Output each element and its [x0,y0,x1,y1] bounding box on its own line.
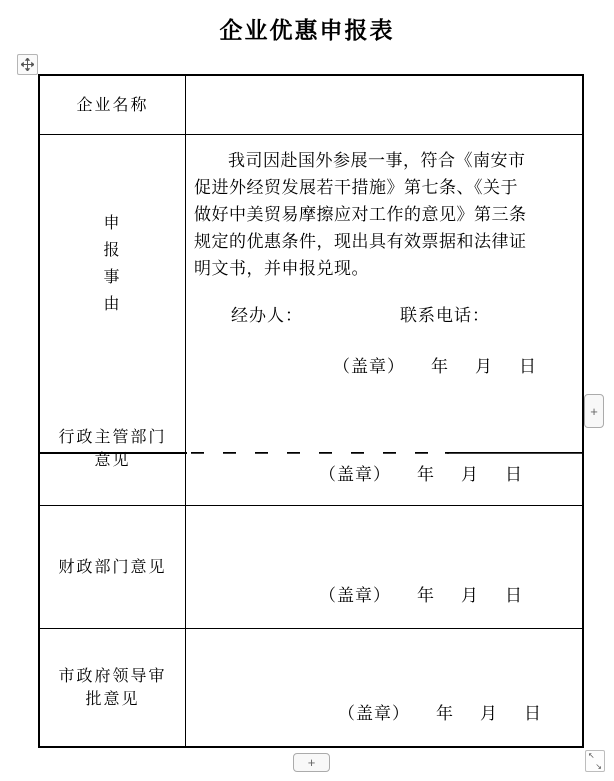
label-char: 报 [103,237,121,264]
paragraph-line: 明文书，并申报兑现。 [194,255,576,282]
month-label: 月 [475,352,493,377]
day-label: 日 [519,352,537,377]
handler-label: 经办人： [231,301,303,326]
table-resize-handle[interactable]: ↖ ↘ [585,750,605,772]
paragraph-line: 促进外经贸发展若干措施》第七条、《关于 [194,174,576,201]
row-declaration-reason: 申 报 事 由 我司因赴国外参展一事，符合《南安市 促进外经贸发展若干措施》第七… [40,134,582,393]
month-label: 月 [480,699,498,724]
year-label: 年 [431,352,449,377]
document-page: 企业优惠申报表 企业名称 申 报 [0,0,614,781]
year-label: 年 [417,460,435,485]
seal-label: （盖章） [338,699,410,724]
label-line: 行政主管部门 [58,426,166,449]
declaration-reason-label: 申 报 事 由 [40,135,186,393]
label-char: 申 [103,210,121,237]
enterprise-name-label: 企业名称 [40,76,186,134]
paragraph-line: 做好中美贸易摩擦应对工作的意见》第三条 [194,201,576,228]
row-enterprise-name: 企业名称 [40,76,582,134]
seal-label: （盖章） [319,460,391,485]
label-char: 事 [103,264,121,291]
page-break-border [40,452,582,454]
border-dashed-segment [187,452,582,454]
paragraph-line: 我司因赴国外参展一事，符合《南安市 [194,147,576,174]
seal-label: （盖章） [333,352,405,377]
admin-dept-opinion-content[interactable]: （盖章） 年 月 日 [186,393,582,505]
day-label: 日 [505,460,523,485]
label-char: 由 [103,291,121,318]
plus-button-bottom[interactable]: + [293,753,330,772]
plus-button-right[interactable]: + [584,394,604,428]
year-label: 年 [436,699,454,724]
stamp-date-line: （盖章） 年 月 日 [319,460,523,485]
stamp-date-line: （盖章） 年 月 日 [338,699,542,724]
declaration-table: 企业名称 申 报 事 由 我司因赴国外参展一事，符合《南安市 促进外经贸发展若干… [38,74,584,748]
row-admin-dept-opinion: 行政主管部门 意见 （盖章） 年 月 日 [40,393,582,505]
finance-dept-opinion-content[interactable]: （盖章） 年 月 日 [186,506,582,628]
row-finance-dept-opinion: 财政部门意见 （盖章） 年 月 日 [40,505,582,628]
row-mayor-approval-opinion: 市政府领导审 批意见 （盖章） 年 月 日 [40,628,582,746]
paragraph-line: 规定的优惠条件，现出具有效票据和法律证 [194,228,576,255]
mayor-approval-opinion-label: 市政府领导审 批意见 [40,629,186,746]
day-label: 日 [524,699,542,724]
year-label: 年 [417,581,435,606]
declaration-reason-content[interactable]: 我司因赴国外参展一事，符合《南安市 促进外经贸发展若干措施》第七条、《关于 做好… [186,135,582,393]
stamp-date-line: （盖章） 年 月 日 [333,352,537,377]
label-line: 市政府领导审 [58,665,166,688]
table-move-handle[interactable] [17,54,38,75]
border-solid-segment [40,452,187,454]
reason-paragraph: 我司因赴国外参展一事，符合《南安市 促进外经贸发展若干措施》第七条、《关于 做好… [194,147,576,282]
contact-line: 经办人： 联系电话： [231,301,490,326]
move-cross-icon [21,58,34,71]
page-title: 企业优惠申报表 [0,12,614,45]
label-line: 批意见 [85,688,139,711]
seal-label: （盖章） [319,581,391,606]
phone-label: 联系电话： [400,301,490,326]
resize-nw-icon: ↖ [588,751,595,760]
day-label: 日 [505,581,523,606]
stamp-date-line: （盖章） 年 月 日 [319,581,523,606]
finance-dept-opinion-label: 财政部门意见 [40,506,186,628]
enterprise-name-field[interactable] [186,76,582,134]
mayor-approval-opinion-content[interactable]: （盖章） 年 月 日 [186,629,582,746]
resize-se-icon: ↘ [595,762,602,771]
month-label: 月 [461,460,479,485]
month-label: 月 [461,581,479,606]
admin-dept-opinion-label: 行政主管部门 意见 [40,393,186,505]
